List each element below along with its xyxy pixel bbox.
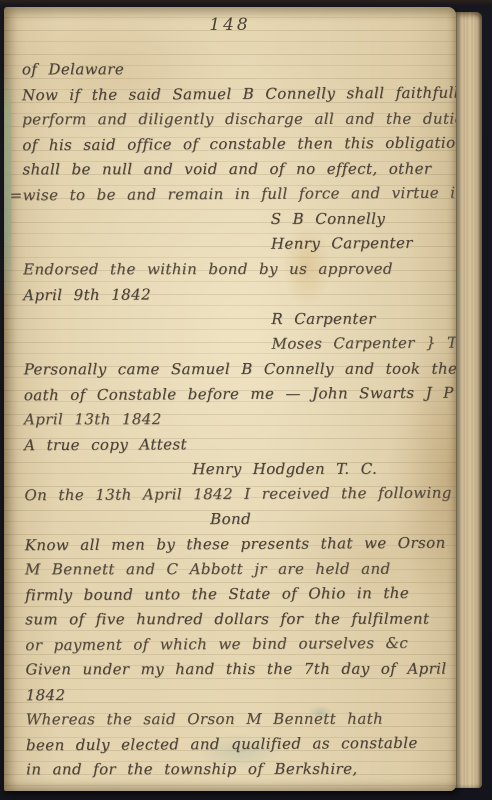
handwritten-line: A true copy Attest [4, 431, 456, 459]
handwritten-line: shall be null and void and of no effect,… [4, 157, 454, 183]
handwritten-line: Personally came Samuel B Connelly and to… [4, 357, 456, 383]
handwritten-line: Know all men by these presents that we O… [5, 531, 456, 559]
handwritten-line: April 13th 1842 [4, 407, 456, 433]
handwritten-line: Henry Carpenter [4, 231, 455, 259]
page-edge-stack [452, 12, 482, 788]
handwritten-line: been duly elected and qualified as const… [6, 731, 456, 759]
handwritten-line: Bond [5, 507, 456, 533]
page-number: 148 [4, 15, 456, 35]
handwritten-line: Now if the said Samuel B Connelly shall … [4, 81, 454, 109]
handwritten-line: April 9th 1842 [4, 281, 455, 309]
handwritten-line: of Delaware [4, 57, 454, 83]
handwritten-line: R Carpenter [4, 307, 455, 333]
handwritten-line: firmly bound unto the State of Ohio in t… [5, 581, 456, 609]
handwritten-line: =wise to be and remain in full force and… [4, 181, 455, 209]
handwritten-line: or payment of which we bind ourselves &c [5, 631, 456, 659]
ledger-page: 148 of DelawareNow if the said Samuel B … [4, 7, 456, 791]
ledger-photo: 148 of DelawareNow if the said Samuel B … [0, 0, 492, 800]
handwritten-line: Given under my hand this the 7th day of … [6, 657, 456, 683]
handwritten-line: perform and diligently discharge all and… [4, 107, 454, 133]
handwritten-line: M Bennett and C Abbott jr are held and [5, 557, 456, 583]
handwritten-line: sum of five hundred dollars for the fulf… [5, 607, 456, 633]
handwritten-line: Moses Carpenter } Trustees [4, 331, 456, 359]
handwritten-line: Henry Hodgden T. C. [4, 457, 456, 483]
handwritten-line: Whereas the said Orson M Bennett hath [6, 707, 456, 733]
handwritten-line: Endorsed the within bond by us approved [4, 257, 455, 283]
handwritten-line: oath of Constable before me — John Swart… [4, 381, 456, 409]
handwritten-line: 1842 [6, 681, 456, 709]
handwritten-line: in and for the township of Berkshire, [6, 757, 456, 783]
handwritten-text-block: of DelawareNow if the said Samuel B Conn… [4, 56, 456, 784]
handwritten-line: On the 13th April 1842 I received the fo… [4, 481, 456, 509]
handwritten-line: S B Connelly [4, 207, 455, 233]
handwritten-line: of his said office of constable then thi… [4, 131, 454, 159]
